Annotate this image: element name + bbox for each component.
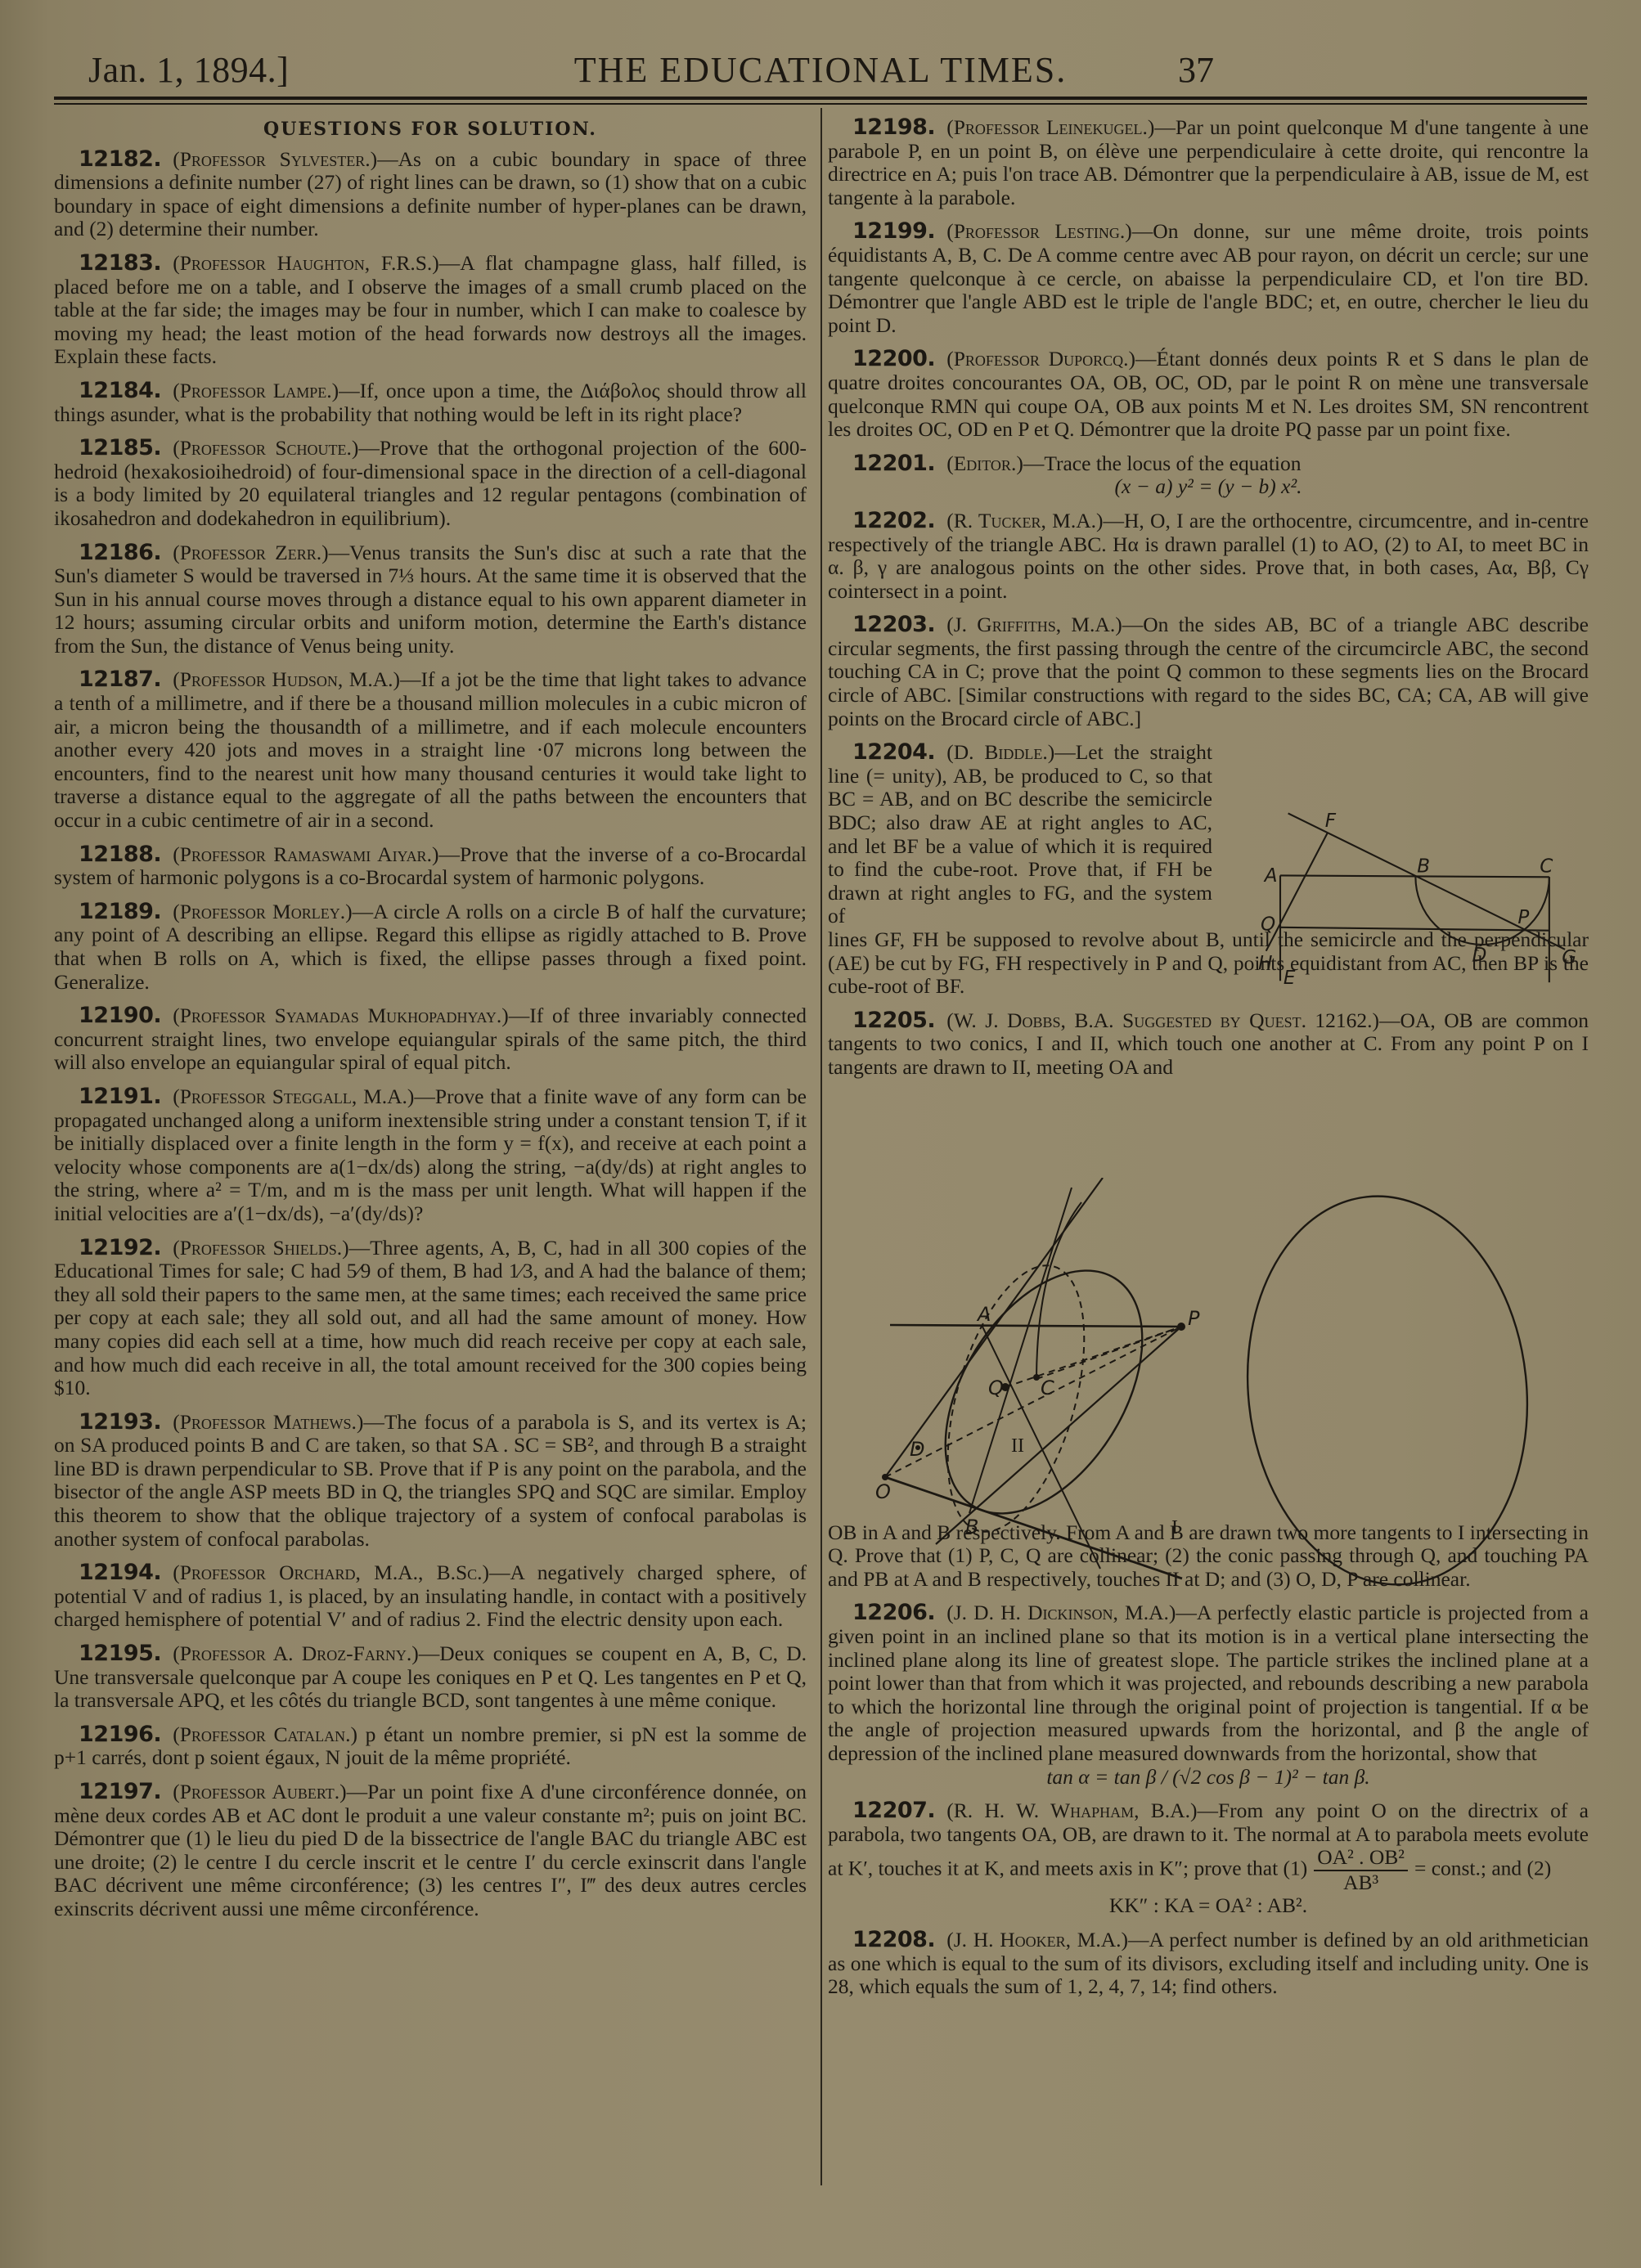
question-number: 12199. (852, 218, 935, 244)
question-12189: 12189.(Professor Morley.)—A circle A rol… (54, 900, 807, 994)
fraction: OA² . OB²AB³ (1314, 1846, 1408, 1894)
label-D: D (1472, 945, 1487, 966)
question-text: —Three agents, A, B, C, had in all 300 c… (54, 1236, 807, 1400)
question-12198: 12198.(Professor Leinekugel.)—Par un poi… (828, 116, 1589, 209)
question-number: 12195. (79, 1641, 161, 1666)
question-author: (Professor Lampe.) (173, 379, 339, 402)
question-number: 12203. (852, 612, 935, 637)
figure-12204-cube-root-construction: F A B C Q P D G H E (1231, 802, 1616, 1006)
question-12191: 12191.(Professor Steggall, M.A.)—Prove t… (54, 1085, 807, 1226)
question-author: (J. Griffiths, M.A.) (946, 613, 1122, 636)
label-I: I (1171, 1517, 1178, 1538)
label-D: D (910, 1438, 924, 1461)
question-12199: 12199.(Professor Lesting.)—On donne, sur… (828, 220, 1589, 337)
question-12186: 12186.(Professor Zerr.)—Venus transits t… (54, 541, 807, 658)
label-B: B (965, 1516, 978, 1538)
question-author: (Professor Ramaswami Aiyar.) (173, 842, 438, 866)
question-12184: 12184.(Professor Lampe.)—If, once upon a… (54, 379, 807, 426)
question-author: (Editor.) (946, 451, 1023, 475)
question-number: 12198. (852, 115, 935, 140)
label-C: C (1540, 856, 1553, 878)
question-text: —If, once upon a time, the Διάβολος shou… (54, 379, 807, 426)
question-author: (Professor Haughton, F.R.S.) (173, 251, 439, 275)
question-text: —On the sides AB, BC of a triangle ABC d… (828, 613, 1589, 730)
question-number: 12186. (79, 540, 161, 565)
question-author: (Professor Shields.) (173, 1236, 348, 1260)
question-number: 12185. (79, 435, 161, 460)
question-12194: 12194.(Professor Orchard, M.A., B.Sc.)—A… (54, 1561, 807, 1632)
question-author: (Professor Sylvester.) (173, 147, 377, 171)
question-author: (R. Tucker, M.A.) (946, 509, 1103, 532)
question-12183: 12183.(Professor Haughton, F.R.S.)—A fla… (54, 252, 807, 369)
label-A: A (1263, 865, 1278, 887)
question-number: 12206. (852, 1600, 935, 1625)
question-text: —Par un point fixe A d'une circonférence… (54, 1780, 807, 1920)
question-text: —Étant donnés deux points R et S dans le… (828, 347, 1589, 441)
right-column: 12198.(Professor Leinekugel.)—Par un poi… (828, 116, 1589, 2010)
equation-12207: KK″ : KA = OA² : AB². (828, 1894, 1589, 1918)
question-number: 12196. (79, 1722, 161, 1747)
question-author: (Professor Zerr.) (173, 541, 328, 564)
question-12193: 12193.(Professor Mathews.)—The focus of … (54, 1411, 807, 1552)
question-text: —Prove that the orthogonal projection of… (54, 436, 807, 530)
question-author: (Professor Catalan.) (173, 1722, 357, 1746)
question-12208: 12208.(J. H. Hooker, M.A.)—A perfect num… (828, 1929, 1589, 1999)
question-text: —A perfect number is defined by an old a… (828, 1928, 1589, 1998)
equation-12206: tan α = tan β / (√2 cos β − 1)² − tan β. (828, 1766, 1589, 1790)
label-P: P (1517, 907, 1529, 928)
question-number: 12205. (852, 1008, 935, 1033)
page-number: 37 (1178, 49, 1214, 91)
question-12203: 12203.(J. Griffiths, M.A.)—On the sides … (828, 613, 1589, 730)
question-author: (Professor Lesting.) (946, 219, 1132, 243)
question-number: 12202. (852, 508, 935, 533)
question-12187: 12187.(Professor Hudson, M.A.)—If a jot … (54, 668, 807, 832)
question-number: 12187. (79, 667, 161, 692)
question-text: —H, O, I are the orthocentre, circumcent… (828, 509, 1589, 603)
question-text: —Venus transits the Sun's disc at such a… (54, 541, 807, 658)
label-C: C (1041, 1377, 1054, 1399)
question-text: p étant un nombre premier, si pN est la … (54, 1722, 807, 1770)
column-divider (820, 108, 822, 2185)
question-12200: 12200.(Professor Duporcq.)—Étant donnés … (828, 348, 1589, 441)
question-text: —A perfectly elastic particle is project… (828, 1601, 1589, 1765)
question-12197: 12197.(Professor Aubert.)—Par un point f… (54, 1781, 807, 1921)
label-B: B (1417, 856, 1430, 878)
question-text: —If a jot be the time that light takes t… (54, 667, 807, 832)
label-Q: Q (988, 1377, 1004, 1399)
question-text: —On donne, sur une même droite, trois po… (828, 219, 1589, 336)
label-A: A (976, 1303, 991, 1326)
question-text-wrapped: —Let the straight line (= unity), AB, be… (828, 740, 1212, 927)
label-G: G (1562, 947, 1576, 968)
question-12207: 12207.(R. H. W. Whapham, B.A.)—From any … (828, 1799, 1589, 1894)
page-header: Jan. 1, 1894.] THE EDUCATIONAL TIMES. 37 (0, 49, 1641, 98)
question-number: 12207. (852, 1798, 935, 1823)
label-E: E (1284, 968, 1296, 989)
label-Q: Q (1261, 914, 1275, 936)
question-number: 12192. (79, 1235, 161, 1260)
question-author: (Professor Mathews.) (173, 1410, 363, 1434)
question-12206: 12206.(J. D. H. Dickinson, M.A.)—A perfe… (828, 1601, 1589, 1765)
question-author: (Professor Steggall, M.A.) (173, 1085, 414, 1108)
question-number: 12188. (79, 842, 161, 867)
fraction-denominator: AB³ (1314, 1871, 1408, 1895)
question-12185: 12185.(Professor Schoute.)—Prove that th… (54, 437, 807, 530)
question-author: (Professor Schoute.) (173, 436, 358, 460)
section-title: QUESTIONS FOR SOLUTION. (54, 118, 807, 141)
question-author: (Professor Syamadas Mukhopadhyay.) (173, 1004, 509, 1027)
question-number: 12204. (852, 739, 935, 765)
question-author: (Professor Morley.) (173, 900, 352, 923)
label-P: P (1188, 1307, 1200, 1330)
publication-title: THE EDUCATIONAL TIMES. (0, 49, 1641, 91)
question-12192: 12192.(Professor Shields.)—Three agents,… (54, 1237, 807, 1400)
question-text-after-fraction: = const.; and (2) (1414, 1857, 1551, 1880)
question-author: (Professor Leinekugel.) (946, 115, 1154, 139)
question-number: 12197. (79, 1779, 161, 1804)
question-12182: 12182.(Professor Sylvester.)—As on a cub… (54, 148, 807, 241)
question-number: 12194. (79, 1560, 161, 1585)
question-text: —A circle A rolls on a circle B of half … (54, 900, 807, 994)
question-12195: 12195.(Professor A. Droz-Farny.)—Deux co… (54, 1642, 807, 1713)
question-author: (R. H. W. Whapham, B.A.) (946, 1799, 1197, 1822)
question-number: 12182. (79, 146, 161, 172)
question-12188: 12188.(Professor Ramaswami Aiyar.)—Prove… (54, 843, 807, 890)
question-author: (Professor Hudson, M.A.) (173, 667, 400, 691)
question-author: (Professor Duporcq.) (946, 347, 1135, 371)
figure-12205-two-conics: A P Q C D II O B I (851, 1178, 1620, 1595)
question-author: (Professor Aubert.) (173, 1780, 346, 1803)
question-text: —As on a cubic boundary in space of thre… (54, 147, 807, 241)
question-number: 12201. (852, 451, 935, 476)
label-H: H (1258, 953, 1272, 974)
question-12196: 12196.(Professor Catalan.) p étant un no… (54, 1723, 807, 1770)
question-12202: 12202.(R. Tucker, M.A.)—H, O, I are the … (828, 510, 1589, 603)
equation-12201: (x − a) y² = (y − b) x². (828, 475, 1589, 499)
header-rule-thick (54, 97, 1587, 100)
question-text: —Deux coniques se coupent en A, B, C, D.… (54, 1641, 807, 1712)
question-number: 12190. (79, 1003, 161, 1028)
question-number: 12189. (79, 899, 161, 924)
header-rule-thin (54, 103, 1587, 105)
left-column: QUESTIONS FOR SOLUTION. 12182.(Professor… (54, 115, 807, 1932)
question-12205: 12205.(W. J. Dobbs, B.A. Suggested by Qu… (828, 1009, 1589, 1080)
question-text: —Par un point quelconque M d'une tangent… (828, 115, 1589, 209)
label-F: F (1325, 811, 1337, 832)
question-author: (J. D. H. Dickinson, M.A.) (946, 1601, 1176, 1624)
question-12201: 12201.(Editor.)—Trace the locus of the e… (828, 452, 1589, 476)
question-author: (Professor A. Droz-Farny.) (173, 1641, 419, 1665)
question-text: —Trace the locus of the equation (1023, 451, 1302, 475)
label-O: O (875, 1480, 891, 1503)
question-author: (D. Biddle.) (946, 740, 1054, 764)
question-number: 12208. (852, 1927, 935, 1952)
question-author: (Professor Orchard, M.A., B.Sc.) (173, 1561, 489, 1584)
question-number: 12193. (79, 1409, 161, 1435)
fraction-numerator: OA² . OB² (1314, 1846, 1408, 1871)
question-text: —Prove that a finite wave of any form ca… (54, 1085, 807, 1225)
question-12190: 12190.(Professor Syamadas Mukhopadhyay.)… (54, 1004, 807, 1075)
question-author: (J. H. Hooker, M.A.) (946, 1928, 1128, 1951)
question-author: (W. J. Dobbs, B.A. Suggested by Quest. 1… (946, 1008, 1379, 1032)
question-number: 12184. (79, 378, 161, 403)
question-number: 12200. (852, 346, 935, 371)
question-number: 12191. (79, 1084, 161, 1109)
label-II: II (1011, 1435, 1024, 1457)
question-text: —The focus of a parabola is S, and its v… (54, 1410, 807, 1551)
question-number: 12183. (79, 250, 161, 276)
